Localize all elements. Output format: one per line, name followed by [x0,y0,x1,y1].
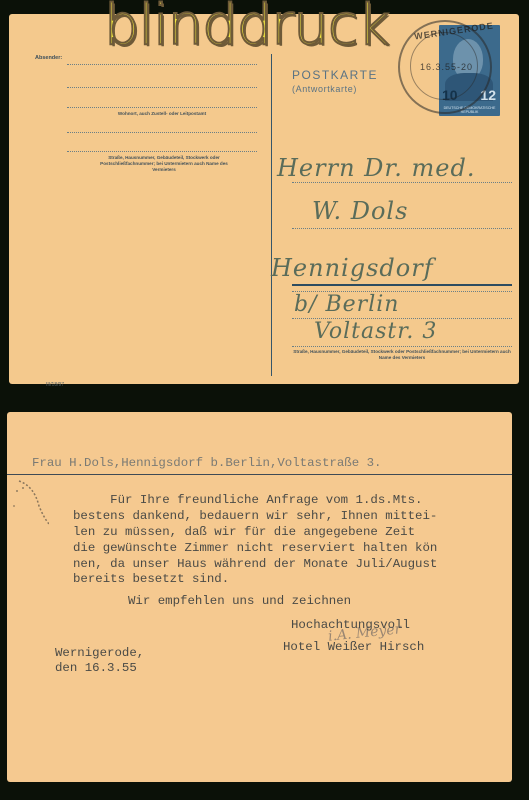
hotel-name: Hotel Weißer Hirsch [283,640,424,654]
print-code: III/18/97 [46,382,64,388]
watermark: blinddruck [104,0,389,54]
postmark-fragment-icon [9,476,49,526]
address-line-1: Herrn Dr. med. [277,154,475,182]
postmark-date: 16.3.55-20 [420,62,473,72]
body-line-2: bestens dankend, bedauern wir sehr, Ihne… [73,509,437,523]
sender-dotted-line [67,132,257,133]
address-dotted-line [292,228,512,229]
sender-label: Absender: [35,55,62,61]
divider-line [271,54,272,376]
body-line-1: Für Ihre freundliche Anfrage vom 1.ds.Mt… [73,493,422,507]
sender-address-line: Frau H.Dols,Hennigsdorf b.Berlin,Voltast… [32,456,381,470]
sender-dotted-line [67,64,257,65]
sender-underline [7,474,512,475]
address-caption: Straße, Hausnummer, Gebäudeteil, Stockwe… [292,349,512,361]
sender-dotted-line [67,87,257,88]
body-line-3: len zu müssen, daß wir für die angegeben… [73,525,415,539]
date-line: den 16.3.55 [55,661,137,675]
address-line-5: Voltastr. 3 [314,319,437,344]
sender-dotted-line [67,107,257,108]
address-dotted-line [292,346,512,347]
body-line-5: nen, da unser Haus während der Monate Ju… [73,557,437,571]
sender-caption-street: Straße, Hausnummer, Gebäudeteil, Stockwe… [94,155,234,173]
card-title: POSTKARTE [292,68,378,82]
body-line-6: bereits besetzt sind. [73,572,229,586]
address-line-2: W. Dols [312,197,408,225]
sender-dotted-line [67,151,257,152]
address-line-3: Hennigsdorf [271,254,434,282]
address-underline [292,284,512,286]
postcard-front: Absender: Wohnort, auch Zustell- oder Le… [9,14,519,384]
postmark: WERNIGERODE 16.3.55-20 [398,20,492,114]
place-line: Wernigerode, [55,646,144,660]
closing-line: Wir empfehlen uns und zeichnen [128,594,351,608]
sender-caption-city: Wohnort, auch Zustell- oder Leitpostamt [67,111,257,117]
address-dotted-line [292,182,512,183]
address-line-4: b/ Berlin [294,292,399,317]
card-subtitle: (Antwortkarte) [292,84,357,94]
body-line-4: die gewünschte Zimmer nicht reserviert h… [73,541,437,555]
